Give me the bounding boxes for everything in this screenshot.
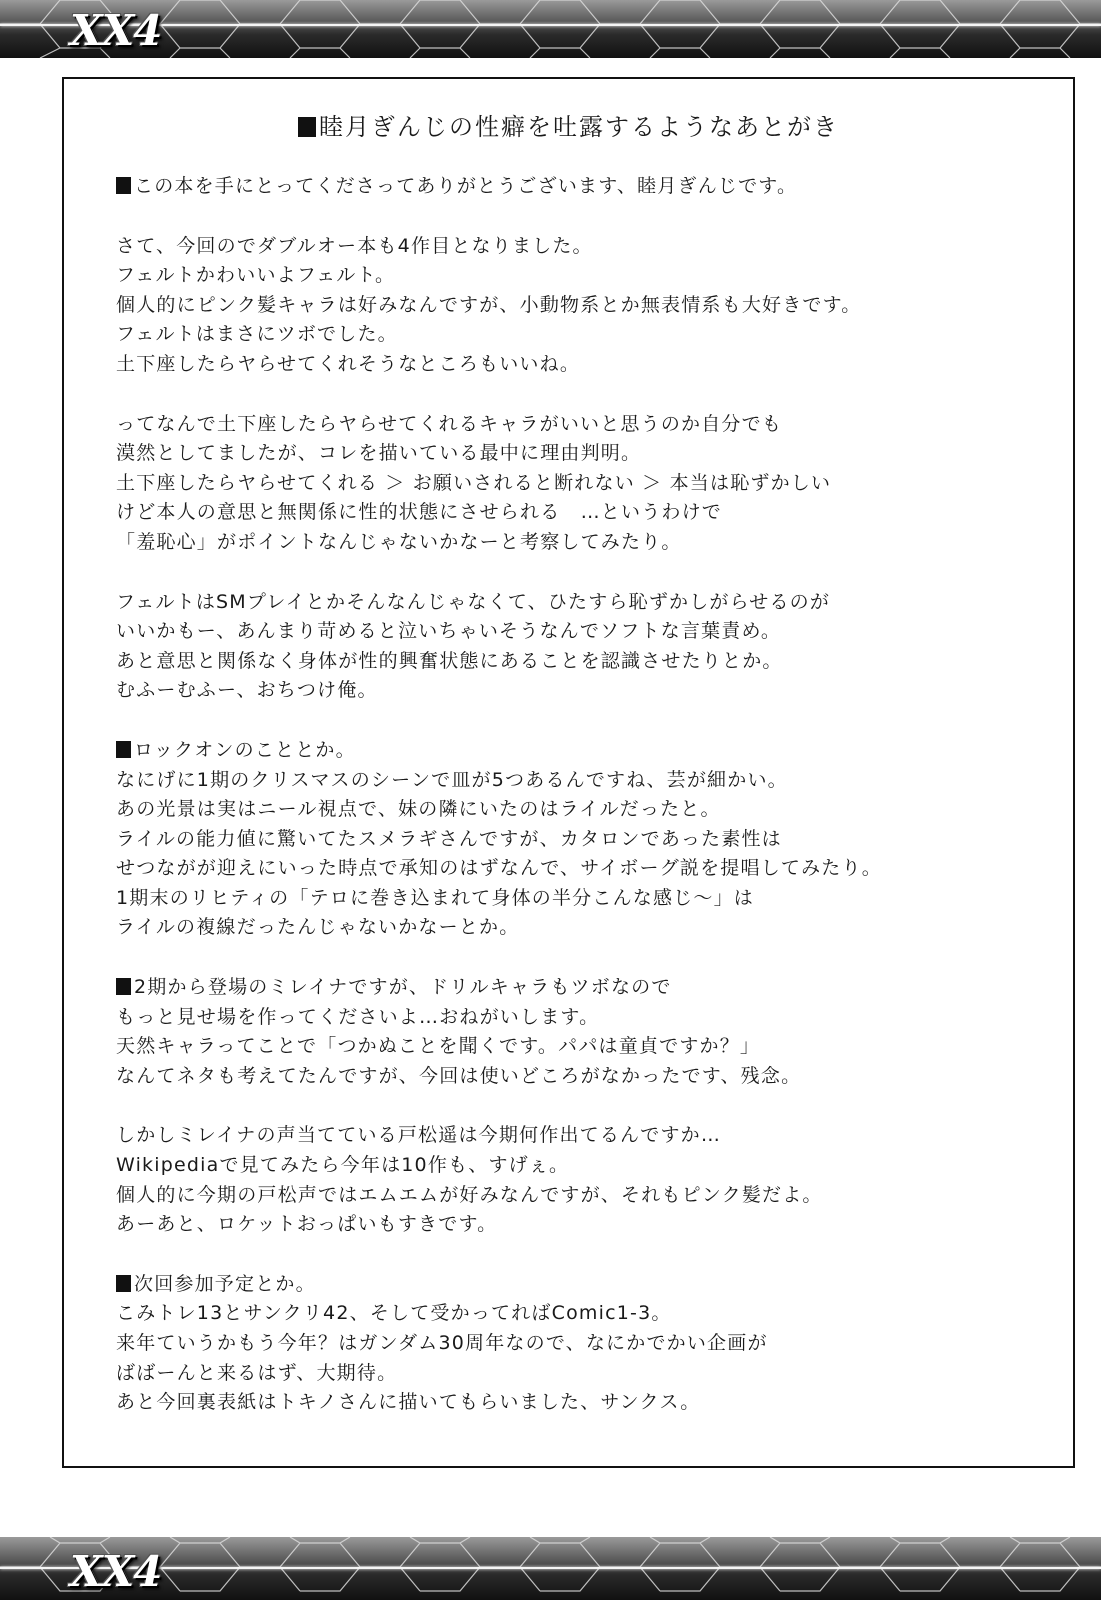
section-heading-text: 2期から登場のミレイナですが、ドリルキャラもツボなので (134, 976, 672, 998)
text-line: 来年ていうかもう今年？はガンダム30周年なので、なにかでかい企画が (116, 1329, 1016, 1359)
text-line: けど本人の意思と無関係に性的状態にさせられる …というわけで (116, 498, 1016, 528)
hexagon-pattern-icon (0, 0, 1101, 58)
page-title: 睦月ぎんじの性癖を吐露するようなあとがき (62, 112, 1075, 142)
square-bullet-icon (116, 177, 131, 194)
text-line: なにげに1期のクリスマスのシーンで皿が5つあるんですね、芸が細かい。 (116, 766, 1016, 796)
text-line: ってなんで土下座したらヤらせてくれるキャラがいいと思うのか自分でも (116, 410, 1016, 440)
paragraph-voice-actor: しかしミレイナの声当てている戸松遥は今期何作出てるんですか… Wikipedia… (116, 1121, 1016, 1239)
text-line: さて、今回のでダブルオー本も4作目となりました。 (116, 232, 1016, 262)
text-line: こみトレ13とサンクリ42、そして受かってればComic1-3。 (116, 1299, 1016, 1329)
text-line: 天然キャラってことで「つかぬことを聞くです。パパは童貞ですか？」 (116, 1032, 1016, 1062)
paragraph-felt-more: フェルトはSMプレイとかそんなんじゃなくて、ひたすら恥ずかしがらせるのが いいか… (116, 588, 1016, 706)
paragraph-felt-intro: さて、今回のでダブルオー本も4作目となりました。 フェルトかわいいよフェルト。 … (116, 232, 1016, 380)
text-line: むふーむふー、おちつけ俺。 (116, 676, 1016, 706)
section-heading: 2期から登場のミレイナですが、ドリルキャラもツボなので (116, 973, 1016, 1003)
text-line: フェルトはまさにツボでした。 (116, 320, 1016, 350)
text-line: 漠然としてましたが、コレを描いている最中に理由判明。 (116, 439, 1016, 469)
square-bullet-icon (116, 1275, 131, 1292)
text-line: 土下座したらヤらせてくれる ＞ お願いされると断れない ＞ 本当は恥ずかしい (116, 469, 1016, 499)
text-line: 土下座したらヤらせてくれそうなところもいいね。 (116, 350, 1016, 380)
footer-logo: XX4 (70, 1551, 161, 1593)
header-banner: XX4 (0, 0, 1101, 58)
header-logo: XX4 (70, 10, 161, 52)
footer-banner: XX4 (0, 1537, 1101, 1600)
banner-highlight-line (0, 1567, 1101, 1569)
section-heading: 次回参加予定とか。 (116, 1270, 1016, 1300)
text-line: なんてネタも考えてたんですが、今回は使いどころがなかったです、残念。 (116, 1062, 1016, 1092)
paragraph-reasoning: ってなんで土下座したらヤらせてくれるキャラがいいと思うのか自分でも 漠然としてま… (116, 410, 1016, 558)
square-bullet-icon (116, 741, 131, 758)
text-line: あの光景は実はニール視点で、妹の隣にいたのはライルだったと。 (116, 795, 1016, 825)
text-line: いいかもー、あんまり苛めると泣いちゃいそうなんでソフトな言葉責め。 (116, 617, 1016, 647)
text-line: 「羞恥心」がポイントなんじゃないかなーと考察してみたり。 (116, 528, 1016, 558)
text-line: あーあと、ロケットおっぱいもすきです。 (116, 1210, 1016, 1240)
text-line: 1期末のリヒティの「テロに巻き込まれて身体の半分こんな感じ～」は (116, 884, 1016, 914)
text-line-content: この本を手にとってくださってありがとうございます、睦月ぎんじです。 (134, 175, 797, 197)
section-heading-text: 次回参加予定とか。 (134, 1273, 316, 1295)
section-heading: ロックオンのこととか。 (116, 736, 1016, 766)
page-title-text: 睦月ぎんじの性癖を吐露するようなあとがき (319, 113, 839, 141)
paragraph-lockon: ロックオンのこととか。 なにげに1期のクリスマスのシーンで皿が5つあるんですね、… (116, 736, 1016, 943)
afterword-body: この本を手にとってくださってありがとうございます、睦月ぎんじです。 さて、今回の… (116, 172, 1016, 1448)
text-line: しかしミレイナの声当てている戸松遥は今期何作出てるんですか… (116, 1121, 1016, 1151)
paragraph-next-events: 次回参加予定とか。 こみトレ13とサンクリ42、そして受かってればComic1-… (116, 1270, 1016, 1418)
text-line: フェルトかわいいよフェルト。 (116, 261, 1016, 291)
banner-highlight-line (0, 24, 1101, 26)
text-line: フェルトはSMプレイとかそんなんじゃなくて、ひたすら恥ずかしがらせるのが (116, 588, 1016, 618)
text-line: あと意思と関係なく身体が性的興奮状態にあることを認識させたりとか。 (116, 647, 1016, 677)
square-bullet-icon (298, 117, 316, 137)
paragraph-mileina: 2期から登場のミレイナですが、ドリルキャラもツボなので もっと見せ場を作ってくだ… (116, 973, 1016, 1091)
text-line: 個人的に今期の戸松声ではエムエムが好みなんですが、それもピンク髪だよ。 (116, 1181, 1016, 1211)
square-bullet-icon (116, 978, 131, 995)
text-line: この本を手にとってくださってありがとうございます、睦月ぎんじです。 (116, 172, 1016, 202)
text-line: 個人的にピンク髪キャラは好みなんですが、小動物系とか無表情系も大好きです。 (116, 291, 1016, 321)
text-line: あと今回裏表紙はトキノさんに描いてもらいました、サンクス。 (116, 1388, 1016, 1418)
text-line: ライルの能力値に驚いてたスメラギさんですが、カタロンであった素性は (116, 825, 1016, 855)
text-line: せつながが迎えにいった時点で承知のはずなんで、サイボーグ説を提唱してみたり。 (116, 854, 1016, 884)
text-line: ばばーんと来るはず、大期待。 (116, 1359, 1016, 1389)
text-line: もっと見せ場を作ってくださいよ…おねがいします。 (116, 1003, 1016, 1033)
text-line: Wikipediaで見てみたら今年は10作も、すげぇ。 (116, 1151, 1016, 1181)
section-heading-text: ロックオンのこととか。 (134, 739, 356, 761)
paragraph-greeting: この本を手にとってくださってありがとうございます、睦月ぎんじです。 (116, 172, 1016, 202)
text-line: ライルの複線だったんじゃないかなーとか。 (116, 913, 1016, 943)
